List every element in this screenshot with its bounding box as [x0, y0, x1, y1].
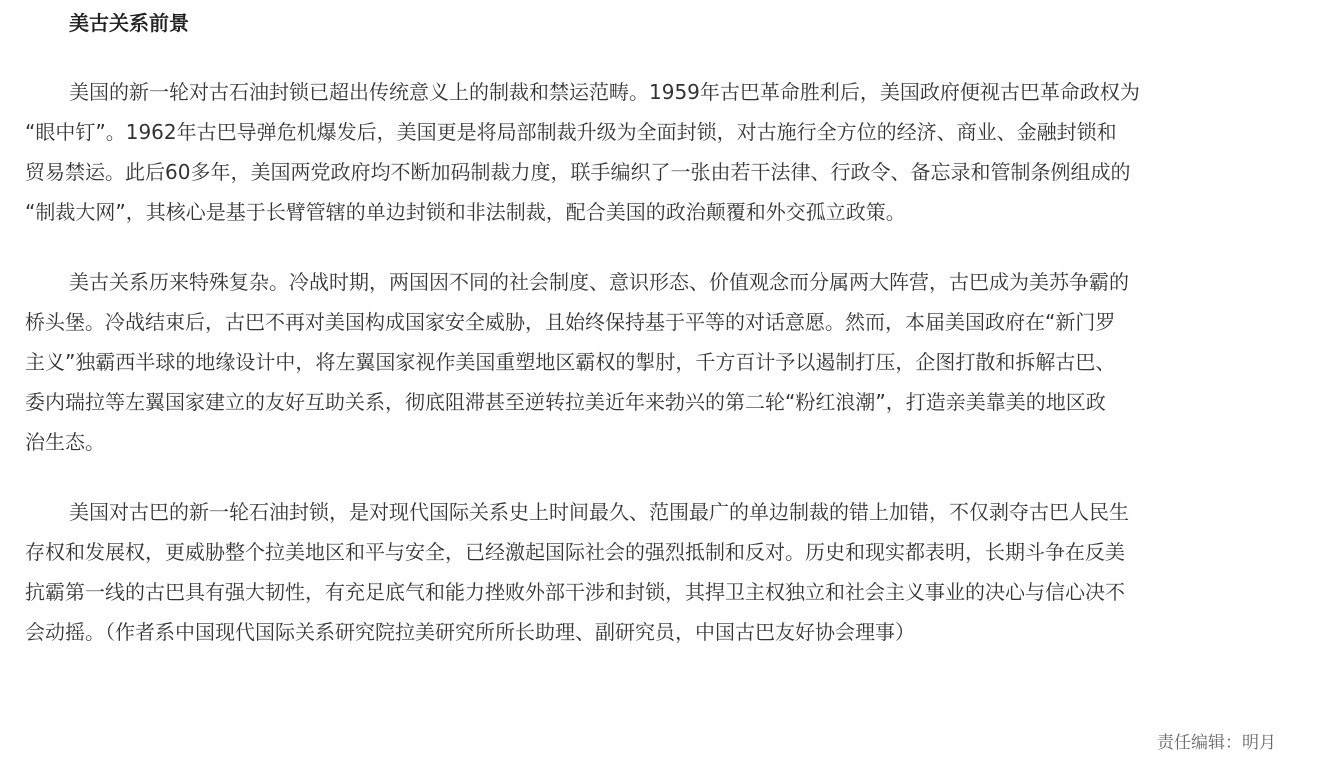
paragraph-line: 贸易禁运。此后60多年，美国两党政府均不断加码制裁力度，联手编织了一张由若干法律… [25, 152, 1281, 192]
paragraph-line: “制裁大网”，其核心是基于长臂管辖的单边封锁和非法制裁，配合美国的政治颠覆和外交… [25, 192, 1281, 232]
paragraph-2: 美古关系历来特殊复杂。冷战时期，两国因不同的社会制度、意识形态、价值观念而分属两… [25, 262, 1281, 462]
paragraph-line: 美古关系历来特殊复杂。冷战时期，两国因不同的社会制度、意识形态、价值观念而分属两… [25, 262, 1281, 302]
paragraph-line: 美国对古巴的新一轮石油封锁，是对现代国际关系史上时间最久、范围最广的单边制裁的错… [25, 492, 1281, 532]
section-title: 美古关系前景 [69, 8, 189, 38]
paragraph-line: “眼中钉”。1962年古巴导弹危机爆发后，美国更是将局部制裁升级为全面封锁，对古… [25, 112, 1281, 152]
paragraph-1: 美国的新一轮对古石油封锁已超出传统意义上的制裁和禁运范畴。1959年古巴革命胜利… [25, 72, 1281, 232]
paragraph-line: 委内瑞拉等左翼国家建立的友好互助关系，彻底阻滞甚至逆转拉美近年来勃兴的第二轮“粉… [25, 382, 1281, 422]
paragraph-line: 存权和发展权，更威胁整个拉美地区和平与安全，已经激起国际社会的强烈抵制和反对。历… [25, 532, 1281, 572]
editor-credit: 责任编辑：明月 [1157, 731, 1276, 755]
paragraph-line: 主义”独霸西半球的地缘设计中，将左翼国家视作美国重塑地区霸权的掣肘，千方百计予以… [25, 342, 1281, 382]
paragraph-line: 桥头堡。冷战结束后，古巴不再对美国构成国家安全威胁，且始终保持基于平等的对话意愿… [25, 302, 1281, 342]
paragraph-3: 美国对古巴的新一轮石油封锁，是对现代国际关系史上时间最久、范围最广的单边制裁的错… [25, 492, 1281, 652]
paragraph-line: 抗霸第一线的古巴具有强大韧性，有充足底气和能力挫败外部干涉和封锁，其捍卫主权独立… [25, 572, 1281, 612]
paragraph-line: 会动摇。（作者系中国现代国际关系研究院拉美研究所所长助理、副研究员，中国古巴友好… [25, 612, 1281, 652]
paragraph-line: 美国的新一轮对古石油封锁已超出传统意义上的制裁和禁运范畴。1959年古巴革命胜利… [25, 72, 1281, 112]
paragraph-line: 治生态。 [25, 422, 1281, 462]
